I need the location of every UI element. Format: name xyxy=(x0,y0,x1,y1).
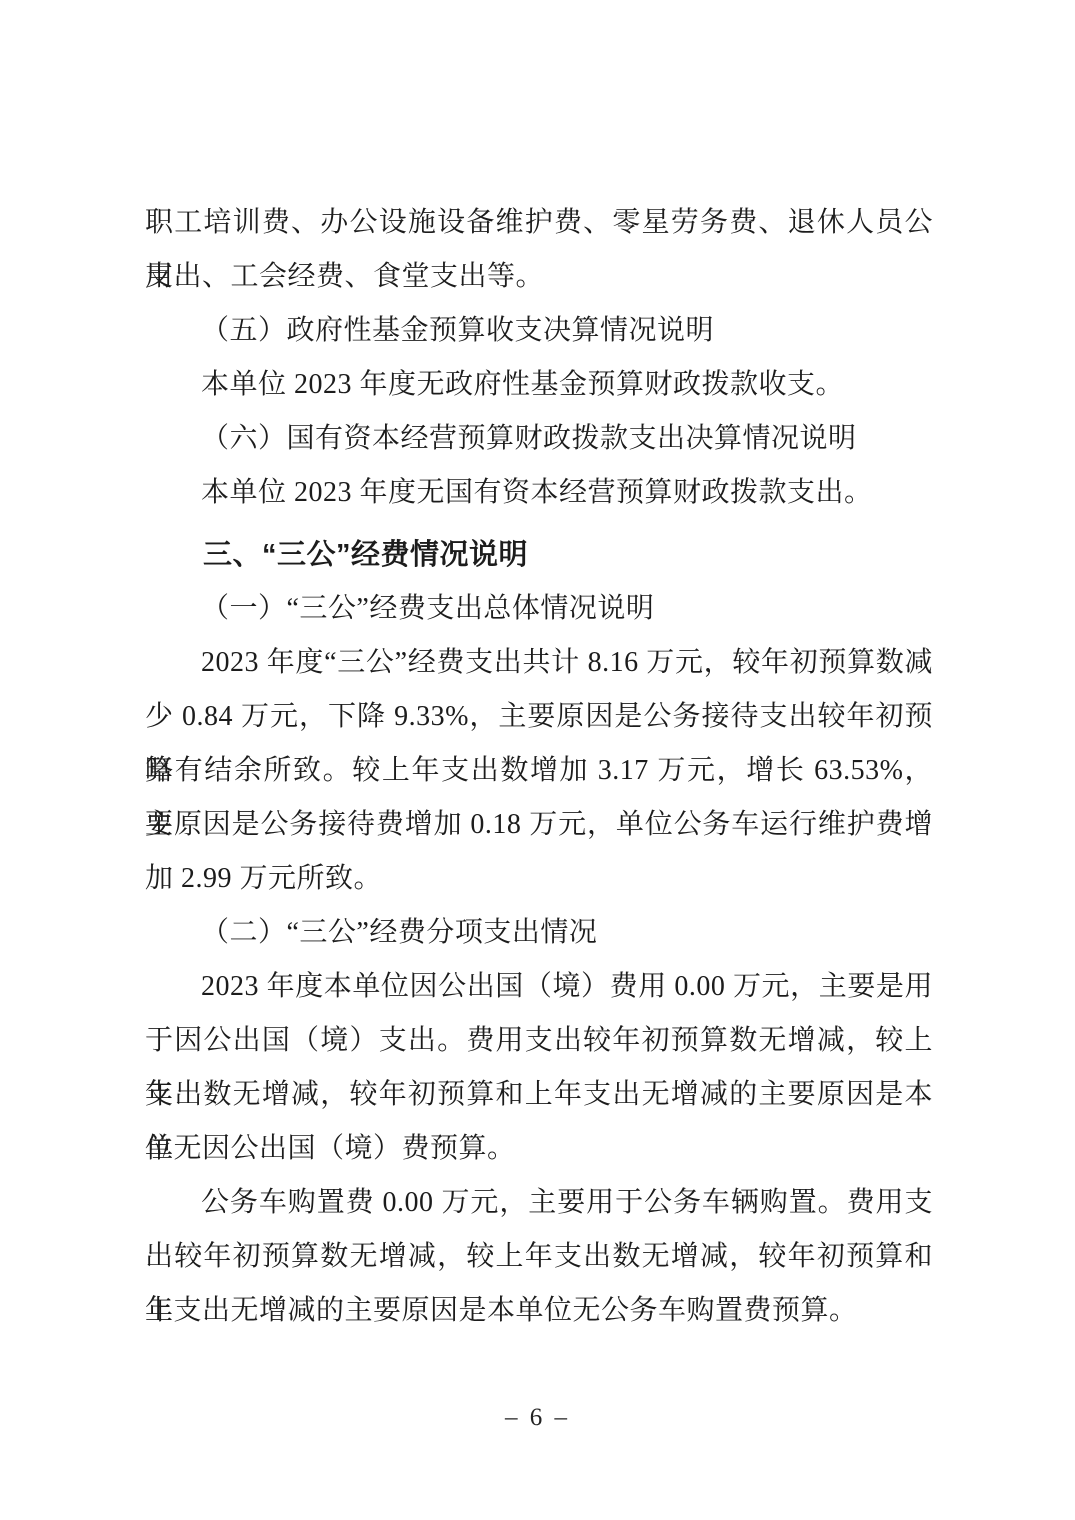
text-line: 本单位 2023 年度无政府性基金预算财政拨款收支。 xyxy=(145,358,933,412)
text-line: 于因公出国（境）支出。费用支出较年初预算数无增减，较上年 xyxy=(145,1014,933,1068)
page-number: – 6 – xyxy=(505,1404,570,1431)
text-line: 公务车购置费 0.00 万元，主要用于公务车辆购置。费用支 xyxy=(145,1176,933,1230)
subsection-heading-1: （一）“三公”经费支出总体情况说明 xyxy=(145,582,933,636)
document-content: 职工培训费、办公设施设备维护费、零星劳务费、退休人员公用 支出、工会经费、食堂支… xyxy=(145,196,933,1338)
text-line: 加 2.99 万元所致。 xyxy=(145,852,933,906)
page-footer: – 6 – xyxy=(0,1400,1075,1436)
text-line: 出较年初预算数无增减，较上年支出数无增减，较年初预算和上 xyxy=(145,1230,933,1284)
text-line: 支出数无增减，较年初预算和上年支出无增减的主要原因是本单 xyxy=(145,1068,933,1122)
text-line: 2023 年度“三公”经费支出共计 8.16 万元，较年初预算数减 xyxy=(145,636,933,690)
text-line: 略有结余所致。较上年支出数增加 3.17 万元，增长 63.53%，主 xyxy=(145,744,933,798)
text-line: 职工培训费、办公设施设备维护费、零星劳务费、退休人员公用 xyxy=(145,196,933,250)
text-line: 少 0.84 万元，下降 9.33%，主要原因是公务接待支出较年初预算 xyxy=(145,690,933,744)
subsection-heading-2: （二）“三公”经费分项支出情况 xyxy=(145,906,933,960)
subsection-heading-5: （五）政府性基金预算收支决算情况说明 xyxy=(145,304,933,358)
text-line: 2023 年度本单位因公出国（境）费用 0.00 万元，主要是用 xyxy=(145,960,933,1014)
text-line: 支出、工会经费、食堂支出等。 xyxy=(145,250,933,304)
text-line: 位无因公出国（境）费预算。 xyxy=(145,1122,933,1176)
document-page: 职工培训费、办公设施设备维护费、零星劳务费、退休人员公用 支出、工会经费、食堂支… xyxy=(0,0,1075,1520)
text-line: 本单位 2023 年度无国有资本经营预算财政拨款支出。 xyxy=(145,466,933,520)
section-heading-sangong: 三、“三公”经费情况说明 xyxy=(145,528,933,582)
text-line: 年支出无增减的主要原因是本单位无公务车购置费预算。 xyxy=(145,1284,933,1338)
subsection-heading-6: （六）国有资本经营预算财政拨款支出决算情况说明 xyxy=(145,412,933,466)
text-line: 要原因是公务接待费增加 0.18 万元，单位公务车运行维护费增 xyxy=(145,798,933,852)
